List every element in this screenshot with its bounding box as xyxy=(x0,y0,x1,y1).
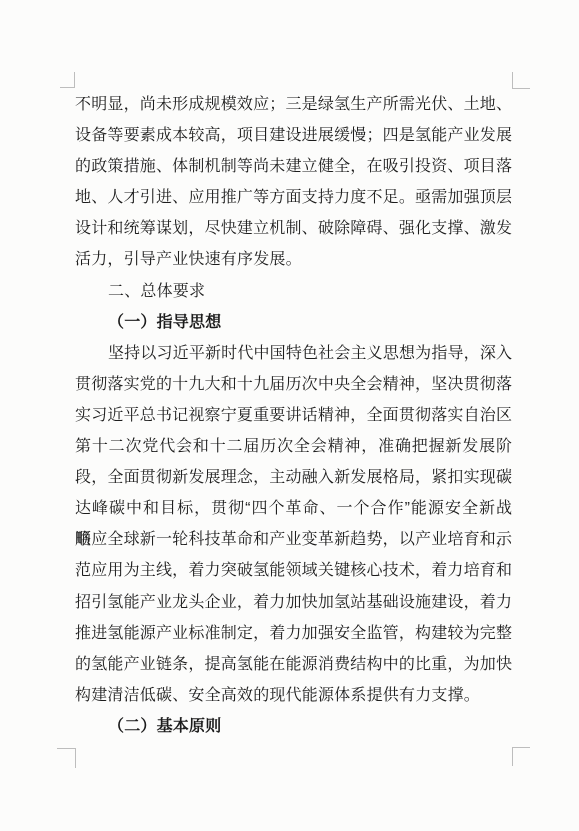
document-page: 不明显，尚未形成规模效应；三是绿氢生产所需光伏、土地、设备等要素成本较高，项目建… xyxy=(0,0,579,831)
text-line: 活力，引导产业快速有序发展。 xyxy=(75,244,512,275)
text-line: 坚持以习近平新时代中国特色社会主义思想为指导，深入 xyxy=(75,338,512,369)
text-line: 推进氢能源产业标准制定，着力加强安全监管，构建较为完整 xyxy=(75,618,512,649)
text-line: 地、人才引进、应用推广等方面支持力度不足。亟需加强顶层 xyxy=(75,182,512,213)
text-line: 贯彻落实党的十九大和十九届历次中央全会精神，坚决贯彻落 xyxy=(75,369,512,400)
text-line: 顺应全球新一轮科技革命和产业变革新趋势，以产业培育和示 xyxy=(75,524,512,555)
heading-line: （一）指导思想 xyxy=(75,307,512,338)
margin-crop-mark-top-left xyxy=(60,72,75,88)
document-text-area: 不明显，尚未形成规模效应；三是绿氢生产所需光伏、土地、设备等要素成本较高，项目建… xyxy=(75,89,512,742)
text-line: 招引氢能产业龙头企业，着力加快加氢站基础设施建设，着力 xyxy=(75,587,512,618)
margin-crop-mark-bottom-left xyxy=(57,748,76,768)
text-line: 设备等要素成本较高，项目建设进展缓慢；四是氢能产业发展 xyxy=(75,120,512,151)
text-line: 设计和统筹谋划，尽快建立机制、破除障碍、强化支撑、激发 xyxy=(75,213,512,244)
text-line: 段，全面贯彻新发展理念，主动融入新发展格局，紧扣实现碳 xyxy=(75,462,512,493)
heading-line: （二）基本原则 xyxy=(75,711,512,742)
text-line: 范应用为主线，着力突破氢能领域关键核心技术，着力培育和 xyxy=(75,555,512,586)
text-line: 实习近平总书记视察宁夏重要讲话精神，全面贯彻落实自治区 xyxy=(75,400,512,431)
text-line: 第十二次党代会和十二届历次全会精神，准确把握新发展阶 xyxy=(75,431,512,462)
text-line: 的氢能产业链条，提高氢能在能源消费结构中的比重，为加快 xyxy=(75,649,512,680)
text-line: 不明显，尚未形成规模效应；三是绿氢生产所需光伏、土地、 xyxy=(75,89,512,120)
margin-crop-mark-top-right xyxy=(512,72,530,89)
text-line: 达峰碳中和目标，贯彻“四个革命、一个合作”能源安全新战略， xyxy=(75,493,512,524)
text-line: 二、总体要求 xyxy=(75,276,512,307)
text-line: 构建清洁低碳、安全高效的现代能源体系提供有力支撑。 xyxy=(75,680,512,711)
margin-crop-mark-bottom-right xyxy=(512,747,530,766)
text-line: 的政策措施、体制机制等尚未建立健全，在吸引投资、项目落 xyxy=(75,151,512,182)
